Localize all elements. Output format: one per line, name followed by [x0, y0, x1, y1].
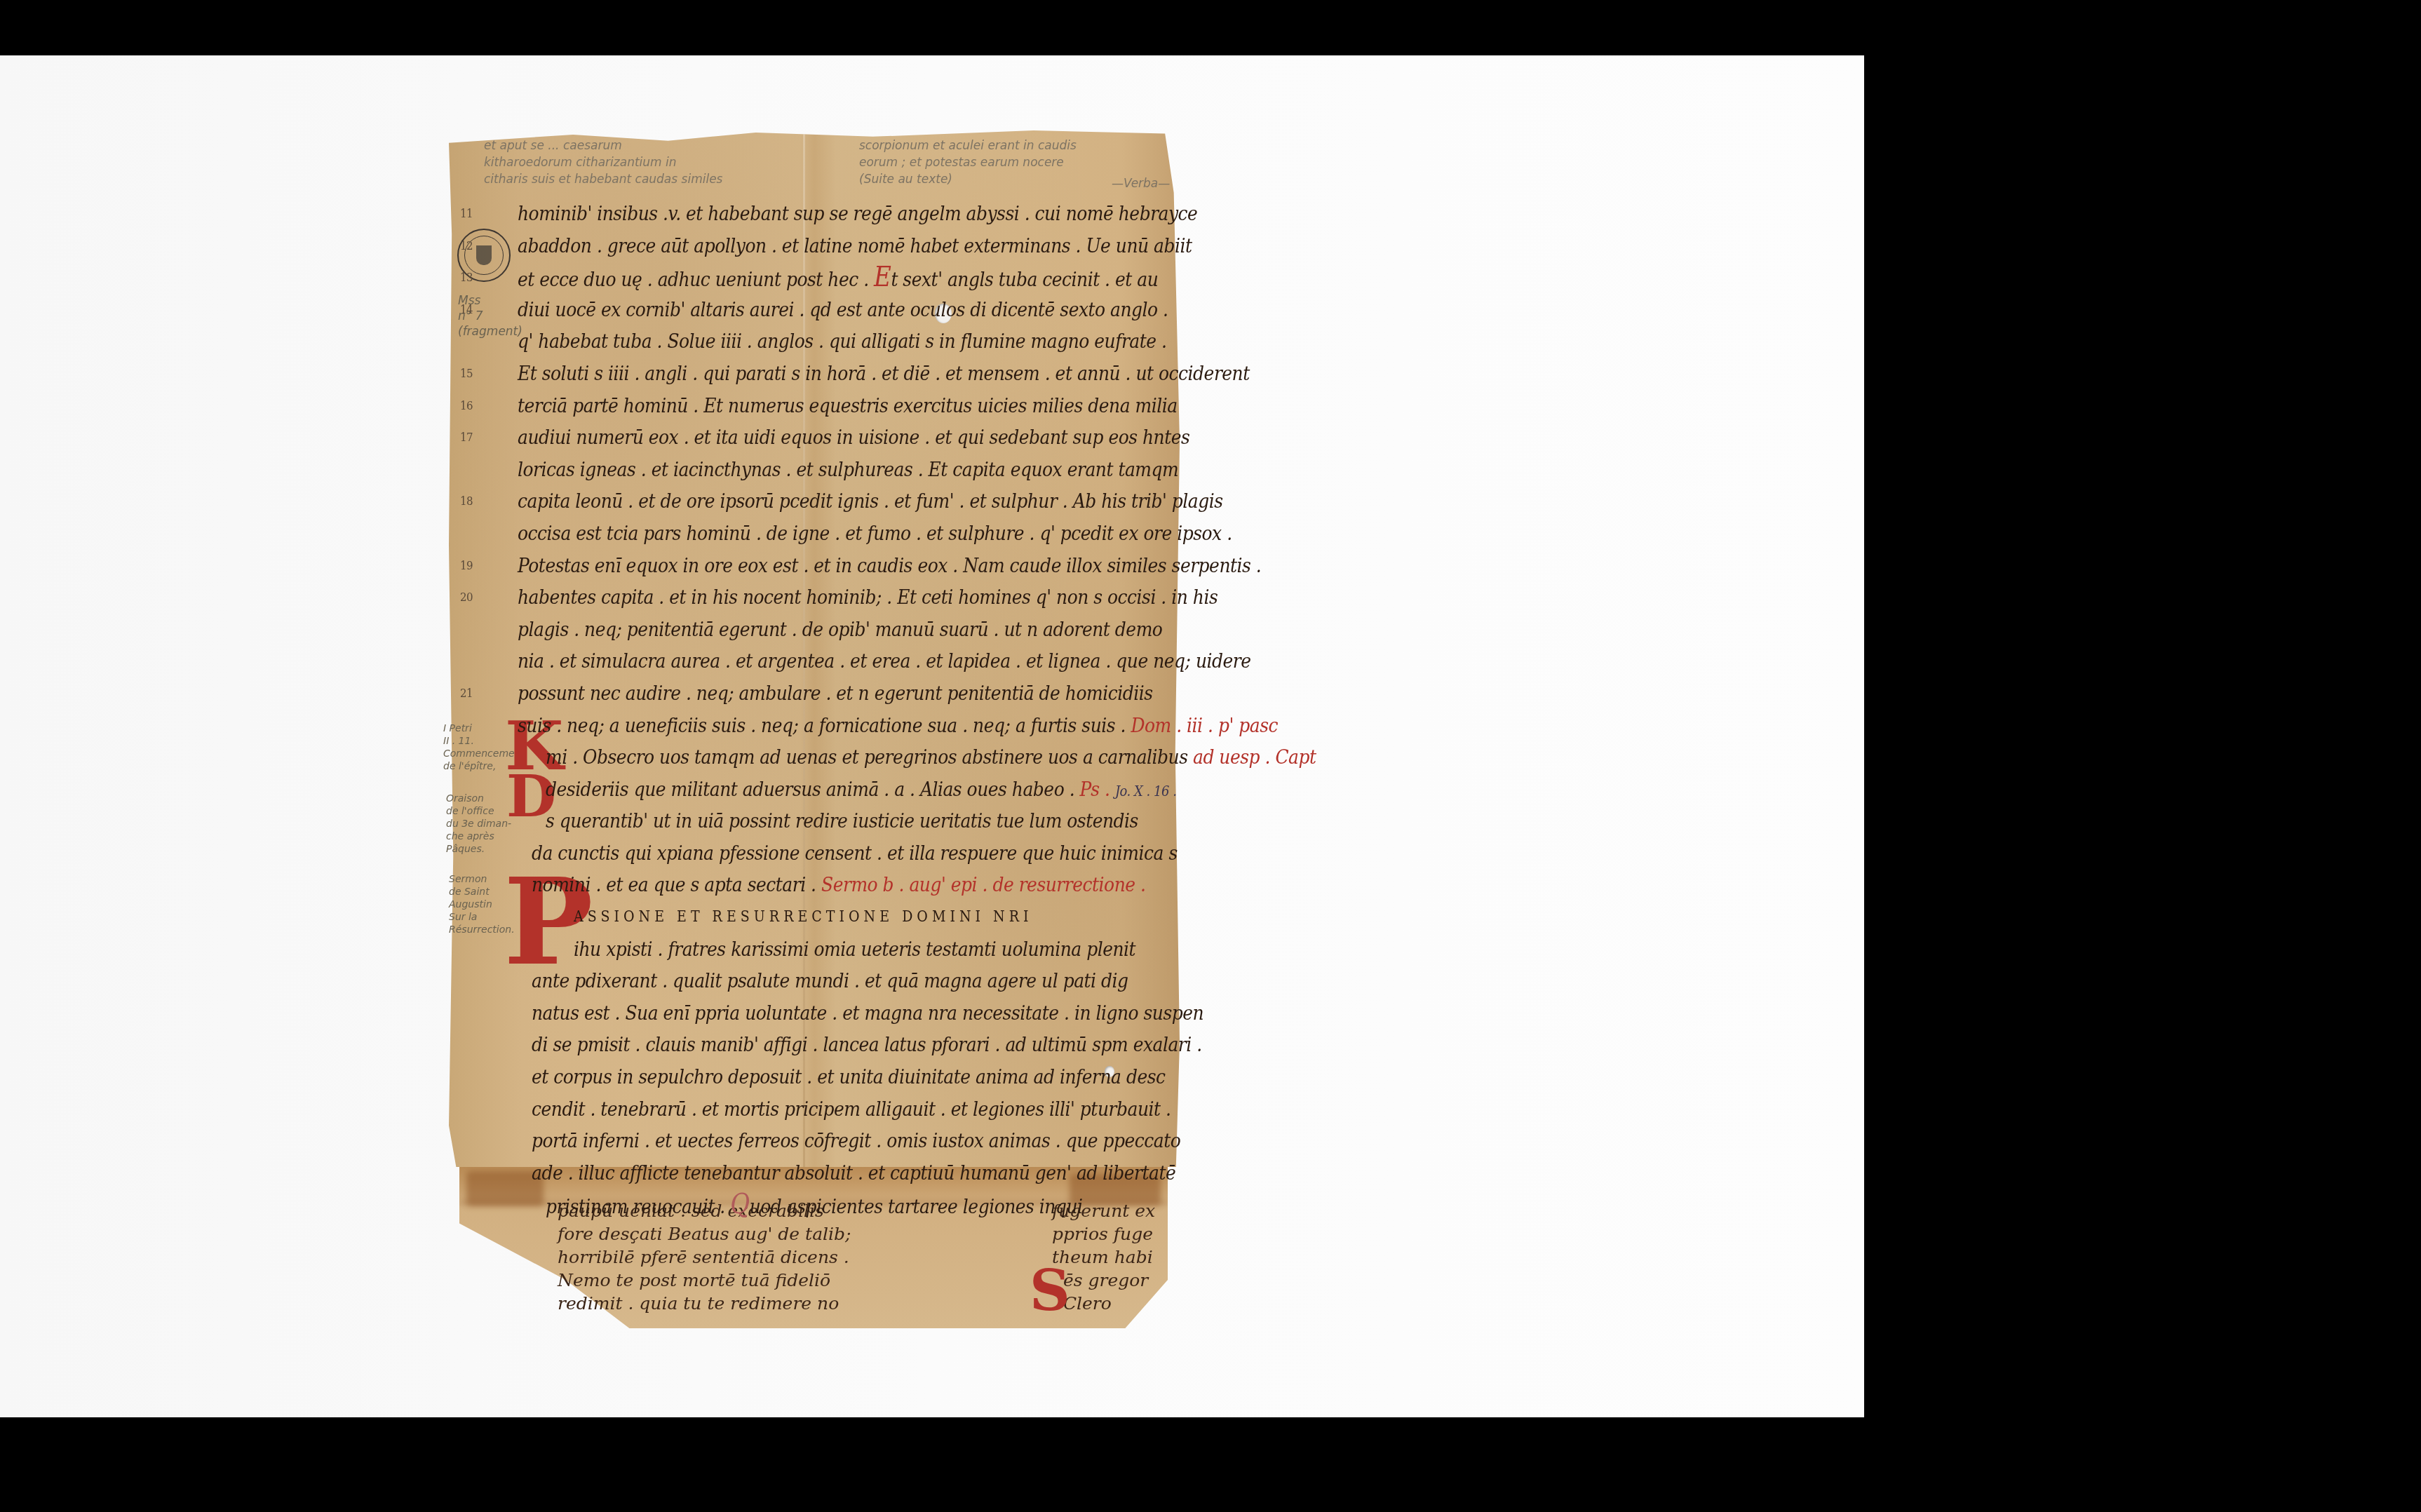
line-text: nia . et simulacra aurea . et argentea .…	[518, 649, 1251, 673]
line-text: ASSIONE ET RESURRECTIONE DOMINI NRI	[574, 907, 1033, 925]
line-number: 21	[456, 675, 473, 711]
strip-initial-s: S	[1030, 1262, 1070, 1318]
line-text: portā inferni . et uectes ferreos cōfreg…	[532, 1129, 1180, 1152]
line-text: abaddon . grece aūt apollyon . et latine…	[518, 234, 1192, 257]
line-text: occisa est tcia pars hominū . de igne . …	[518, 522, 1232, 545]
rubric-ad-vesp: ad uesp . Capt	[1193, 745, 1316, 769]
text-line: et corpus in sepulchro deposuit . et uni…	[518, 1059, 1170, 1095]
text-line: 18capita leonū . et de ore ipsorū pcedit…	[518, 483, 1170, 520]
rubric-ps: Ps .	[1080, 777, 1110, 800]
line-text: ihu xpisti . fratres karissimi omia uete…	[574, 937, 1135, 960]
text-line: pristinam reuocauit . Quod aspicientes t…	[518, 1187, 1170, 1223]
line-number: 20	[456, 579, 473, 616]
text-line: 17audiui numerū eox . et ita uidi equos …	[518, 419, 1170, 456]
line-text: Potestas enī equox in ore eox est . et i…	[518, 553, 1261, 576]
line-text: s querantib' ut in uiā possint redire iu…	[546, 809, 1138, 832]
line-text: plagis . neq; penitentiā egerunt . de op…	[518, 617, 1162, 640]
bible-reference: Jo. X . 16 .	[1115, 783, 1177, 800]
line-text: suis . neq; a ueneficiis suis . neq; a f…	[518, 713, 1126, 736]
text-line: 21possunt nec audire . neq; ambulare . e…	[518, 675, 1170, 711]
line-text: possunt nec audire . neq; ambulare . et …	[518, 682, 1153, 705]
line-text: audiui numerū eox . et ita uidi equos in…	[518, 426, 1189, 449]
line-text: t sext' angls tuba cecinit . et au	[891, 267, 1158, 290]
text-line: 20habentes capita . et in his nocent hom…	[518, 579, 1170, 616]
line-text: hominib' insibus .v. et habebant sup se …	[518, 202, 1197, 225]
text-line: ante pdixerant . qualit psalute mundi . …	[518, 963, 1170, 999]
text-line: di se pmisit . clauis manib' affigi . la…	[518, 1027, 1170, 1063]
text-line: 15Et soluti s iiii . angli . qui parati …	[518, 356, 1170, 392]
line-text: natus est . Sua enī ppria uoluntate . et…	[532, 1001, 1203, 1025]
manuscript-text: 11hominib' insibus .v. et habebant sup s…	[518, 198, 1170, 1221]
line-text: terciā partē hominū . Et numerus equestr…	[518, 393, 1178, 417]
stamp-shield-icon	[476, 245, 492, 265]
line-text: nomini . et ea que s apta sectari .	[532, 873, 816, 896]
top-note-right: scorpionum et aculei erant in caudis eor…	[859, 137, 1077, 188]
line-text: cendit . tenebrarū . et mortis pricipem …	[532, 1097, 1171, 1120]
line-number: 18	[456, 483, 473, 520]
line-text: et ecce duo uę . adhuc ueniunt post hec …	[518, 267, 869, 290]
rubric-sermo: Sermo b . aug' epi . de resurrectione .	[821, 873, 1145, 896]
line-text: diui uocē ex cornib' altaris aurei . qd …	[518, 298, 1168, 321]
line-text: mi . Obsecro uos tamqm ad uenas et pereg…	[546, 745, 1188, 769]
line-text: q' habebat tuba . Solue iiii . anglos . …	[518, 330, 1167, 353]
line-text: capita leonū . et de ore ipsorū pcedit i…	[518, 490, 1223, 513]
line-text: et corpus in sepulchro deposuit . et uni…	[532, 1065, 1166, 1088]
line-text: loricas igneas . et iacincthynas . et su…	[518, 458, 1178, 481]
line-text: desideriis que militant aduersus animā .…	[546, 777, 1074, 800]
top-note-tail: —Verba—	[1112, 175, 1170, 192]
line-text: uod aspicientes tartaree legiones inqui	[750, 1194, 1083, 1217]
line-text: habentes capita . et in his nocent homin…	[518, 586, 1218, 609]
text-line: q' habebat tuba . Solue iiii . anglos . …	[518, 323, 1170, 360]
line-text: Et soluti s iiii . angli . qui parati s …	[518, 362, 1250, 385]
line-number: 15	[456, 356, 473, 392]
text-line: 13et ecce duo uę . adhuc ueniunt post he…	[518, 259, 1170, 296]
line-number: 11	[456, 196, 473, 232]
text-line: occisa est tcia pars hominū . de igne . …	[518, 515, 1170, 552]
text-line: s querantib' ut in uiā possint redire iu…	[518, 803, 1170, 839]
rubric-initial-q: Q	[730, 1188, 749, 1220]
margin-note-oraison: Oraison de l'office du 3e diman- che apr…	[446, 792, 511, 856]
line-text: pristinam reuocauit .	[546, 1194, 725, 1217]
line-text: ade . illuc afflicte tenebantur absoluit…	[532, 1161, 1175, 1184]
line-number: 17	[456, 419, 473, 456]
line-text: da cunctis qui xpiana pfessione censent …	[532, 842, 1178, 865]
top-note-left: et aput se ... caesarum kitharoedorum ci…	[484, 137, 722, 188]
text-line: mi . Obsecro uos tamqm ad uenas et pereg…	[518, 739, 1170, 776]
text-line: nia . et simulacra aurea . et argentea .…	[518, 643, 1170, 680]
text-line-capitals: ASSIONE ET RESURRECTIONE DOMINI NRI	[518, 899, 1170, 936]
line-number: 13	[456, 259, 473, 296]
line-number: 14	[456, 291, 473, 328]
rubric-dom-iii: Dom . iii . p' pasc	[1131, 713, 1278, 736]
text-line: 11hominib' insibus .v. et habebant sup s…	[518, 196, 1170, 232]
rubric-initial-e: E	[874, 261, 891, 293]
line-text: di se pmisit . clauis manib' affigi . la…	[532, 1033, 1202, 1056]
text-line: portā inferni . et uectes ferreos cōfreg…	[518, 1123, 1170, 1159]
line-text: ante pdixerant . qualit psalute mundi . …	[532, 969, 1128, 992]
